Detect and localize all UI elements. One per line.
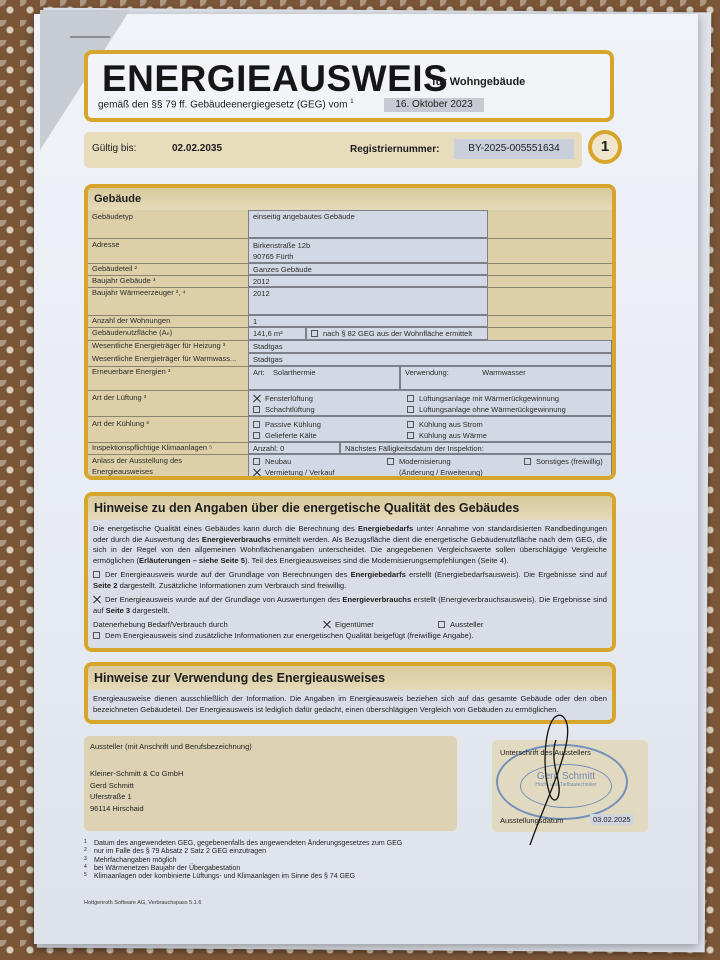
ventilation-window[interactable]: Fensterlüftung (253, 393, 313, 404)
registration-number: BY-2025-005551634 (454, 139, 574, 159)
text: Seite 3 (106, 606, 130, 615)
issuer-box: Aussteller (mit Anschrift und Berufsbeze… (84, 736, 457, 831)
row-address: Adresse Birkenstraße 12b 90765 Fürth (88, 238, 612, 262)
reason-other[interactable]: Sonstiges (freiwillig) (524, 456, 603, 467)
data-owner-option[interactable]: Eigentümer (323, 620, 374, 631)
water-energy-value: Stadtgas (248, 353, 612, 366)
notes-section-title: Hinweise zu den Angaben über die energet… (88, 496, 612, 520)
checkbox-checked[interactable] (253, 469, 260, 476)
checkbox[interactable] (387, 458, 394, 465)
heating-energy-label: Wesentliche Energieträger für Heizung ³ (92, 341, 225, 350)
checkbox[interactable] (438, 621, 445, 628)
text: Dem Energieausweis sind zusätzliche Info… (105, 631, 474, 640)
ac-label: Inspektionspflichtige Klimaanlagen ⁵ (92, 443, 212, 452)
renewable-label: Erneuerbare Energien ³ (92, 367, 170, 376)
law-date: 16. Oktober 2023 (384, 98, 484, 112)
footnote-3: 3Mehrfachangaben möglich (84, 857, 402, 865)
valid-until-label: Gültig bis: (92, 143, 136, 154)
option-demand-certificate[interactable]: Der Energieausweis wurde auf der Grundla… (93, 570, 607, 591)
option-label: Schachtlüftung (265, 405, 315, 414)
text: Energieverbrauchs (342, 595, 411, 604)
data-issuer-option[interactable]: Aussteller (438, 620, 483, 631)
building-section: Gebäude Gebäudetyp einseitig angebautes … (84, 184, 616, 480)
option-label: Vermietung / Verkauf (265, 468, 335, 477)
registration-label: Registriernummer: (350, 144, 439, 155)
area-from-living-option[interactable]: nach § 82 GEG aus der Wohnfläche ermitte… (306, 327, 488, 340)
ventilation-options: Fensterlüftung Schachtlüftung Lüftungsan… (248, 390, 612, 416)
option-label: Eigentümer (335, 620, 374, 629)
usable-area-label: Gebäudenutzfläche (Aₙ) (92, 328, 172, 337)
checkbox[interactable] (407, 432, 414, 439)
renewable-type-value: Solarthermie (273, 368, 316, 377)
issue-reason-options: Neubau Vermietung / Verkauf Modernisieru… (248, 454, 612, 478)
text: Die energetische Qualität eines Gebäudes… (93, 524, 358, 533)
heater-year-label: Baujahr Wärmeerzeuger ³, ⁴ (92, 288, 186, 297)
cooling-delivered[interactable]: Gelieferte Kälte (253, 430, 317, 441)
issuer-city: 96114 Hirschaid (90, 803, 451, 815)
option-label: Kühlung aus Strom (419, 420, 483, 429)
checkbox[interactable] (93, 571, 100, 578)
cooling-passive[interactable]: Passive Kühlung (253, 419, 321, 430)
data-collection-row: Datenerhebung Bedarf/Verbrauch durch Eig… (93, 620, 607, 631)
renewable-use-label: Verwendung: (405, 368, 449, 377)
checkbox[interactable] (253, 432, 260, 439)
heating-energy-value: Stadtgas (248, 340, 612, 353)
issue-date-value: 03.02.2025 (590, 814, 634, 825)
footnote-text: Klimaanlagen oder kombinierte Lüftungs- … (94, 873, 355, 880)
building-type-label: Gebäudetyp (92, 212, 133, 221)
page-number-badge: 1 (588, 130, 622, 164)
units-value: 1 (248, 315, 488, 327)
footnote-1: 1Datum des angewendeten GEG, gegebenenfa… (84, 840, 402, 848)
text: Der Energieausweis wurde auf der Grundla… (105, 570, 351, 579)
title-box: ENERGIEAUSWEIS für Wohngebäude gemäß den… (84, 50, 614, 122)
checkbox[interactable] (524, 458, 531, 465)
footnote-text: nur im Falle des § 79 Absatz 2 Satz 2 GE… (94, 848, 266, 855)
law-reference: gemäß den §§ 79 ff. Gebäudeenergiegesetz… (98, 99, 354, 110)
footnote-4: 4bei Wärmenetzen Baujahr der Übergabesta… (84, 865, 402, 873)
renewable-type-label: Art: (253, 368, 265, 377)
option-label: Fensterlüftung (265, 394, 313, 403)
text: erstellt (Energiebedarfsausweis). Die Er… (406, 570, 607, 579)
option-extra-info[interactable]: Dem Energieausweis sind zusätzliche Info… (93, 631, 607, 642)
option-label: Aussteller (450, 620, 483, 629)
certificate-title: ENERGIEAUSWEIS (102, 58, 448, 100)
building-type-value: einseitig angebautes Gebäude (248, 210, 488, 238)
issue-reason-label: Anlass der Ausstellung desEnergieausweis… (92, 455, 182, 477)
text: dargestellt. (130, 606, 169, 615)
reason-rent-sale[interactable]: Vermietung / Verkauf (253, 467, 335, 478)
usage-section-title: Hinweise zur Verwendung des Energieauswe… (88, 666, 612, 690)
law-footnote-marker: 1 (350, 99, 353, 105)
footnotes: 1Datum des angewendeten GEG, gegebenenfa… (84, 840, 402, 881)
reason-label-line2: Energieausweises (92, 467, 153, 476)
ventilation-shaft[interactable]: Schachtlüftung (253, 404, 315, 415)
reason-modernisation-detail: (Änderung / Erweiterung) (399, 467, 483, 478)
address-street: Birkenstraße 12b (253, 240, 483, 251)
ventilation-label: Art der Lüftung ³ (92, 393, 146, 402)
validity-bar: Gültig bis: 02.02.2035 Registriernummer:… (84, 132, 582, 168)
checkbox[interactable] (93, 632, 100, 639)
option-label: Kühlung aus Wärme (419, 431, 487, 440)
row-building-type: Gebäudetyp einseitig angebautes Gebäude (88, 210, 612, 238)
usable-area-value: 141,6 m² (248, 327, 306, 340)
notes-section: Hinweise zu den Angaben über die energet… (84, 492, 616, 652)
checkbox-checked[interactable] (253, 395, 260, 402)
issuer-street: Uferstraße 1 (90, 791, 451, 803)
option-label: Sonstiges (freiwillig) (536, 457, 603, 466)
text: Erläuterungen – siehe Seite 5 (139, 556, 245, 565)
renewable-use-value: Warmwasser (482, 368, 525, 377)
text: Energiebedarfs (358, 524, 413, 533)
checkbox-checked[interactable] (323, 621, 330, 628)
address-city: 90765 Fürth (253, 251, 483, 262)
option-label: Modernisierung (399, 457, 451, 466)
issuer-name: Gerd Schmitt (90, 780, 451, 792)
cooling-options: Passive Kühlung Gelieferte Kälte Kühlung… (248, 416, 612, 442)
text: Energiebedarfs (351, 570, 406, 579)
reason-modernisation[interactable]: Modernisierung (387, 456, 451, 467)
notes-intro: Die energetische Qualität eines Gebäudes… (93, 524, 607, 566)
building-part-label: Gebäudeteil ² (92, 264, 137, 273)
cooling-label: Art der Kühlung ³ (92, 419, 149, 428)
units-label: Anzahl der Wohnungen (92, 316, 170, 325)
address-label: Adresse (92, 240, 120, 249)
construction-year-value: 2012 (248, 275, 488, 287)
data-collection-label: Datenerhebung Bedarf/Verbrauch durch (93, 620, 228, 631)
software-credit: Hottgenroth Software AG, Verbrauchspass … (84, 900, 201, 906)
valid-until-value: 02.02.2035 (172, 143, 222, 154)
handwritten-signature-icon (522, 710, 582, 850)
option-label: Lüftungsanlage ohne Wärmerückgewinnung (419, 405, 566, 414)
certificate-subtitle: für Wohngebäude (432, 76, 525, 88)
area-option-label: nach § 82 GEG aus der Wohnfläche ermitte… (323, 329, 472, 338)
cooling-heat[interactable]: Kühlung aus Wärme (407, 430, 487, 441)
water-energy-label: Wesentliche Energieträger für Warmwass..… (92, 354, 236, 363)
ventilation-with-recovery[interactable]: Lüftungsanlage mit Wärmerückgewinnung (407, 393, 559, 404)
checkbox-checked[interactable] (93, 596, 100, 603)
building-section-title: Gebäude (88, 188, 612, 210)
option-label: Passive Kühlung (265, 420, 321, 429)
footnote-text: Mehrfachangaben möglich (94, 857, 177, 864)
construction-year-label: Baujahr Gebäude ³ (92, 276, 155, 285)
checkbox[interactable] (407, 421, 414, 428)
issuer-label: Aussteller (mit Anschrift und Berufsbeze… (90, 742, 451, 751)
reason-new-build[interactable]: Neubau (253, 456, 291, 467)
footnote-2: 2nur im Falle des § 79 Absatz 2 Satz 2 G… (84, 848, 402, 856)
notes-body: Die energetische Qualität eines Gebäudes… (88, 520, 612, 652)
footnote-text: bei Wärmenetzen Baujahr der Übergabestat… (94, 865, 240, 872)
checkbox[interactable] (407, 406, 414, 413)
text: Seite 2 (93, 581, 117, 590)
option-label: Lüftungsanlage mit Wärmerückgewinnung (419, 394, 559, 403)
option-label: Neubau (265, 457, 291, 466)
ac-count: Anzahl: 0 (248, 442, 340, 454)
text: Energieverbrauchs (202, 535, 271, 544)
checkbox[interactable] (311, 330, 318, 337)
checkbox[interactable] (253, 421, 260, 428)
address-value: Birkenstraße 12b 90765 Fürth (248, 238, 488, 263)
cooling-electric[interactable]: Kühlung aus Strom (407, 419, 483, 430)
renewable-use: Verwendung: Warmwasser (400, 366, 612, 390)
issuer-address: Kleiner-Schmitt & Co GmbH Gerd Schmitt U… (90, 768, 451, 814)
option-label: Gelieferte Kälte (265, 431, 317, 440)
issuer-company: Kleiner-Schmitt & Co GmbH (90, 768, 451, 780)
heater-year-value: 2012 (248, 287, 488, 315)
ventilation-without-recovery[interactable]: Lüftungsanlage ohne Wärmerückgewinnung (407, 404, 566, 415)
checkbox[interactable] (407, 395, 414, 402)
footnote-5: 5Klimaanlagen oder kombinierte Lüftungs-… (84, 873, 402, 881)
signature-box: Gerd Schmitt Hoch- und Tiefbautechniker … (492, 740, 648, 832)
footnote-text: Datum des angewendeten GEG, gegebenenfal… (94, 840, 402, 847)
text: Der Energieausweis wurde auf der Grundla… (105, 595, 342, 604)
text: dargestellt. Zusätzliche Informationen z… (117, 581, 346, 590)
checkbox[interactable] (253, 458, 260, 465)
text: ). Teil des Energieausweises sind die Mo… (245, 556, 509, 565)
building-part-value: Ganzes Gebäude (248, 263, 488, 275)
law-text: gemäß den §§ 79 ff. Gebäudeenergiegesetz… (98, 99, 347, 110)
option-consumption-certificate[interactable]: Der Energieausweis wurde auf der Grundla… (93, 595, 607, 616)
checkbox[interactable] (253, 406, 260, 413)
staple (70, 36, 110, 38)
reason-label-line1: Anlass der Ausstellung des (92, 456, 182, 465)
ac-next-inspection: Nächstes Fälligkeitsdatum der Inspektion… (340, 442, 612, 454)
renewable-type: Art: Solarthermie (248, 366, 400, 390)
